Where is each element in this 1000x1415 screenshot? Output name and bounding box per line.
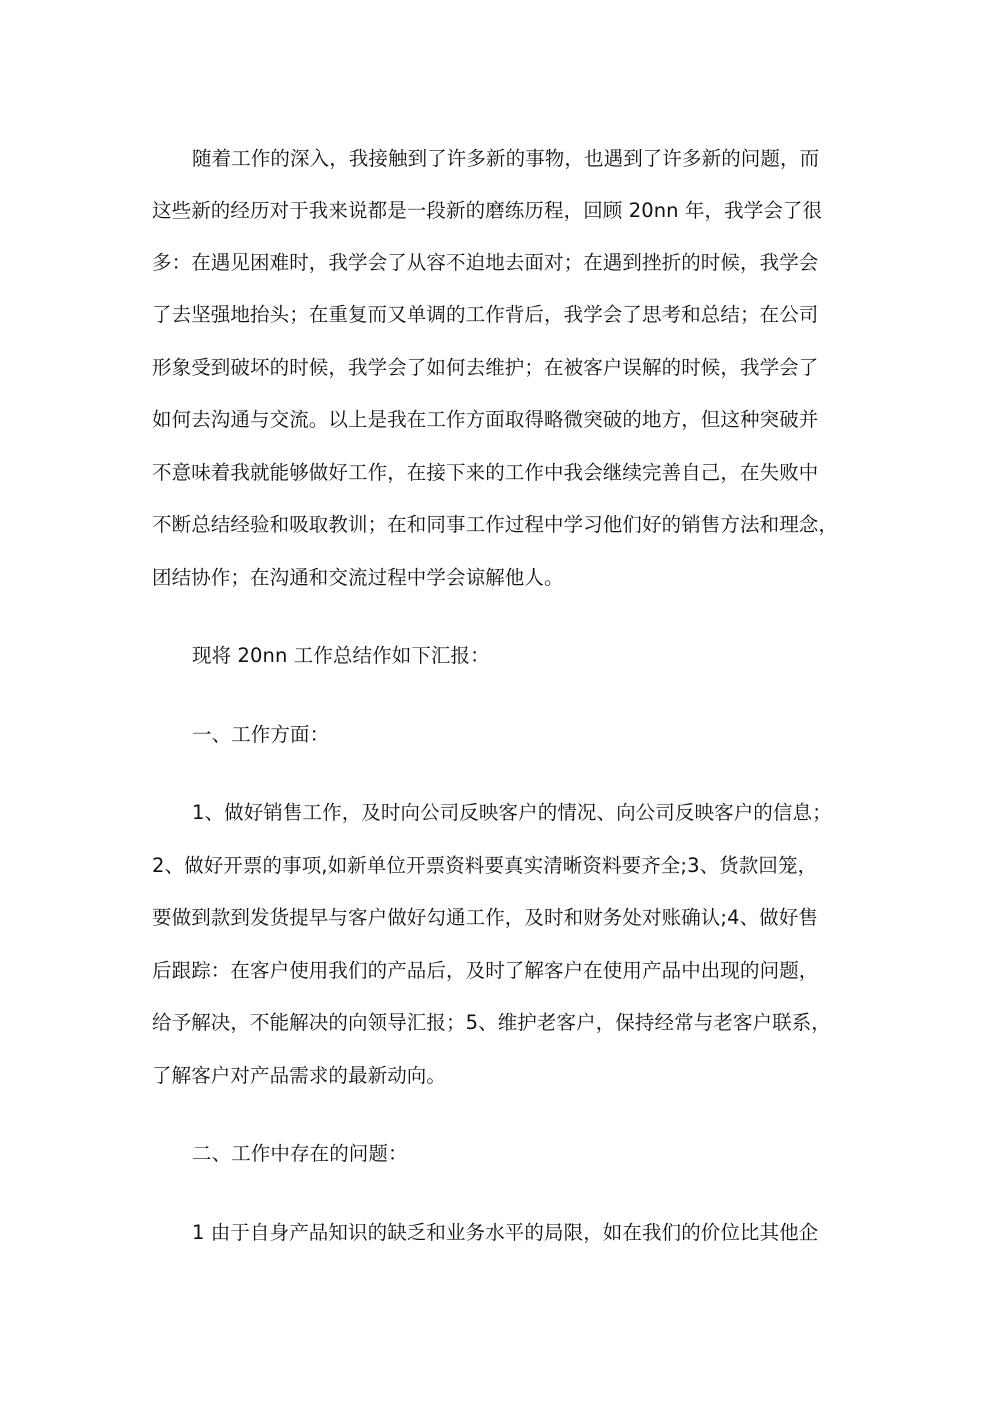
intro-line-1: 随着工作的深入，我接触到了许多新的事物，也遇到了许多新的问题，而 [192,146,892,172]
intro-line-7: 不意味着我就能够做好工作，在接下来的工作中我会继续完善自己，在失败中 [152,460,852,486]
section-2-heading: 二、工作中存在的问题： [192,1141,892,1167]
intro-line-8: 不断总结经验和吸取教训；在和同事工作过程中学习他们好的销售方法和理念， [152,512,852,538]
document-page: 随着工作的深入，我接触到了许多新的事物，也遇到了许多新的问题，而 这些新的经历对… [0,0,1000,1415]
intro-line-6: 如何去沟通与交流。以上是我在工作方面取得略微突破的地方，但这种突破并 [152,407,852,433]
section-1-line-2: 2、做好开票的事项,如新单位开票资料要真实清晰资料要齐全;3、货款回笼， [152,853,852,879]
section-1-line-4: 后跟踪：在客户使用我们的产品后，及时了解客户在使用产品中出现的问题， [152,958,852,984]
section-1-line-1: 1、做好销售工作，及时向公司反映客户的情况、向公司反映客户的信息； [192,800,892,826]
section-1-line-6: 了解客户对产品需求的最新动向。 [152,1063,852,1089]
intro-line-9: 团结协作；在沟通和交流过程中学会谅解他人。 [152,565,852,591]
intro-line-4: 了去坚强地抬头；在重复而又单调的工作背后，我学会了思考和总结；在公司 [152,302,852,328]
intro-line-3: 多：在遇见困难时，我学会了从容不迫地去面对；在遇到挫折的时候，我学会 [152,250,852,276]
section-2-line-1: 1 由于自身产品知识的缺乏和业务水平的局限，如在我们的价位比其他企 [192,1220,892,1246]
section-1-heading: 一、工作方面： [192,722,892,748]
intro-line-5: 形象受到破坏的时候，我学会了如何去维护；在被客户误解的时候，我学会了 [152,355,852,381]
section-1-line-3: 要做到款到发货提早与客户做好勾通工作，及时和财务处对账确认;4、做好售 [152,905,852,931]
section-1-line-5: 给予解决，不能解决的向领导汇报；5、维护老客户，保持经常与老客户联系， [152,1010,852,1036]
report-intro-line: 现将 20nn 工作总结作如下汇报： [192,643,892,669]
intro-line-2: 这些新的经历对于我来说都是一段新的磨练历程，回顾 20nn 年，我学会了很 [152,198,852,224]
